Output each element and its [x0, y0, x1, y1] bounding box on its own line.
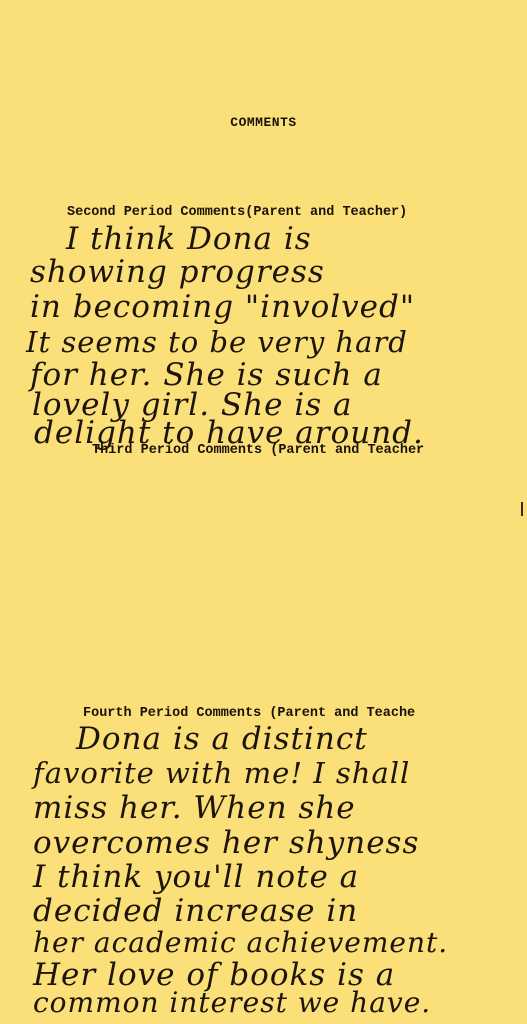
handwritten-line: overcomes her shyness	[33, 826, 419, 860]
fourth-period-heading: Fourth Period Comments (Parent and Teach…	[83, 706, 415, 721]
handwritten-line: It seems to be very hard	[26, 325, 408, 359]
handwritten-line: miss her. When she	[33, 791, 356, 825]
comments-page: COMMENTS Second Period Comments(Parent a…	[0, 0, 527, 1024]
third-period-heading: Third Period Comments (Parent and Teache…	[92, 443, 424, 458]
handwritten-line: decided increase in	[33, 894, 358, 928]
handwritten-line: her academic achievement.	[33, 926, 448, 960]
handwritten-line: Dona is a distinct	[76, 722, 368, 756]
handwritten-line: showing progress	[30, 255, 325, 289]
second-period-heading: Second Period Comments(Parent and Teache…	[67, 205, 407, 220]
handwritten-line: I think you'll note a	[33, 860, 359, 894]
page-title: COMMENTS	[0, 115, 527, 130]
handwritten-line: common interest we have.	[33, 986, 431, 1020]
margin-mark	[521, 502, 523, 516]
handwritten-line: favorite with me! I shall	[33, 756, 410, 790]
handwritten-line: I think Dona is	[66, 222, 312, 256]
handwritten-line: in becoming "involved"	[30, 290, 415, 324]
